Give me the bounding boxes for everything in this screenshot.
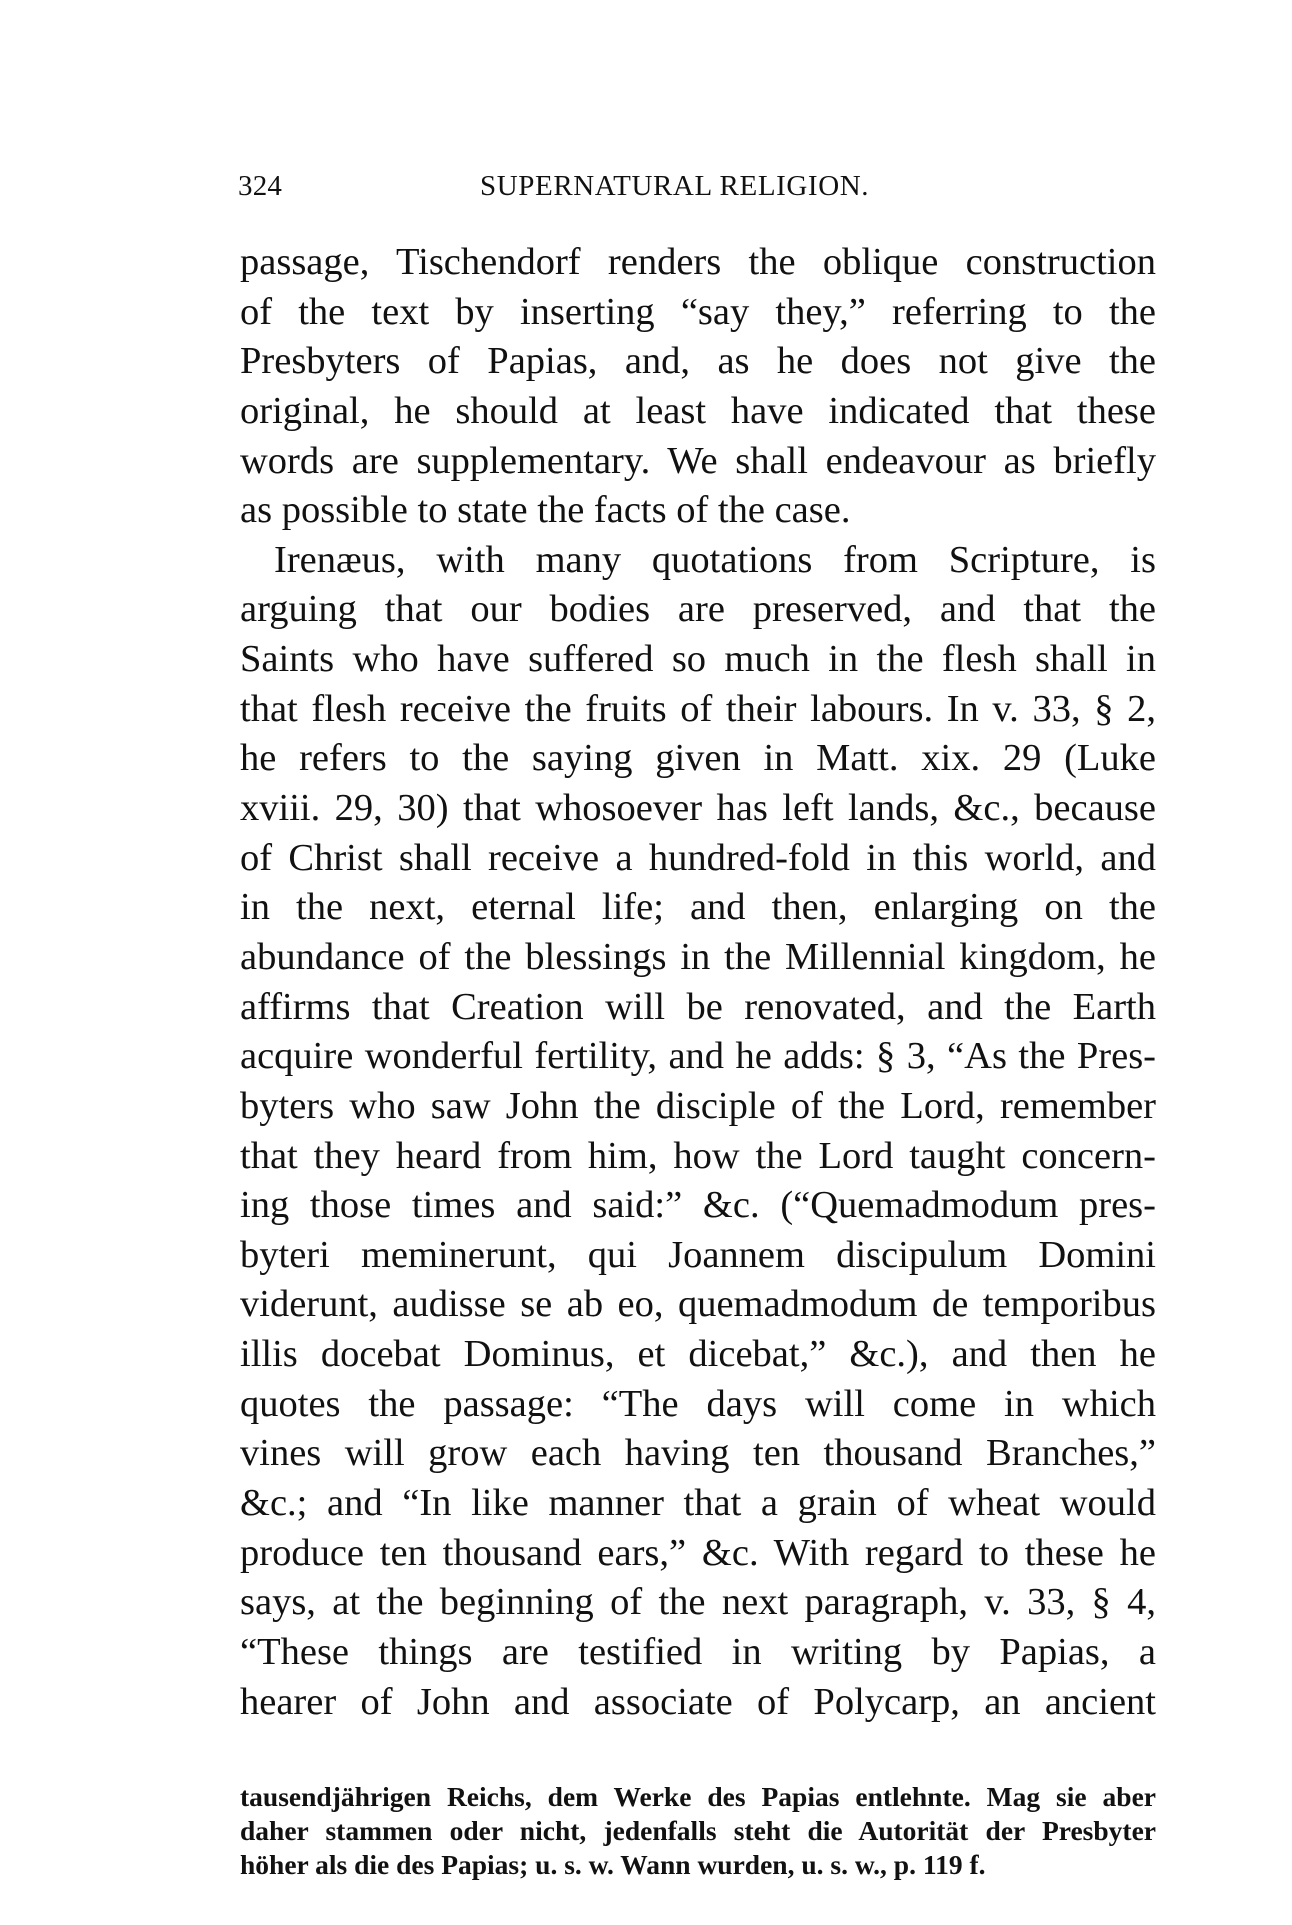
text-line: viderunt, audisse se ab eo, quemadmodum …	[240, 1280, 1156, 1330]
text-line: xviii. 29, 30) that whosoever has left l…	[240, 784, 1156, 834]
text-line: produce ten thousand ears,” &c. With reg…	[240, 1529, 1156, 1579]
text-line: Saints who have suffered so much in the …	[240, 635, 1156, 685]
text-line: vines will grow each having ten thousand…	[240, 1429, 1156, 1479]
text-line: Presbyters of Papias, and, as he does no…	[240, 337, 1156, 387]
running-title: SUPERNATURAL RELIGION.	[480, 168, 869, 204]
footnote-line: höher als die des Papias; u. s. w. Wann …	[240, 1848, 1156, 1882]
footnote-line: daher stammen oder nicht, jedenfalls ste…	[240, 1814, 1156, 1848]
text-line: ing those times and said:” &c. (“Quemadm…	[240, 1181, 1156, 1231]
page-number: 324	[238, 168, 282, 204]
text-line: in the next, eternal life; and then, enl…	[240, 883, 1156, 933]
book-page: 324 SUPERNATURAL RELIGION. passage, Tisc…	[0, 0, 1292, 1925]
text-line: of the text by inserting “say they,” ref…	[240, 288, 1156, 338]
text-line: acquire wonderful fertility, and he adds…	[240, 1032, 1156, 1082]
footnote: tausendjährigen Reichs, dem Werke des Pa…	[240, 1780, 1156, 1882]
text-line: quotes the passage: “The days will come …	[240, 1380, 1156, 1430]
text-line: byteri meminerunt, qui Joannem discipulu…	[240, 1231, 1156, 1281]
footnote-line: tausendjährigen Reichs, dem Werke des Pa…	[240, 1780, 1156, 1814]
text-line: passage, Tischendorf renders the oblique…	[240, 238, 1156, 288]
text-line: arguing that our bodies are preserved, a…	[240, 585, 1156, 635]
text-line: of Christ shall receive a hundred-fold i…	[240, 834, 1156, 884]
running-head: 324 SUPERNATURAL RELIGION.	[238, 168, 1155, 204]
text-line: he refers to the saying given in Matt. x…	[240, 734, 1156, 784]
text-line: affirms that Creation will be renovated,…	[240, 983, 1156, 1033]
text-line: illis docebat Dominus, et dicebat,” &c.)…	[240, 1330, 1156, 1380]
main-text: passage, Tischendorf renders the oblique…	[240, 238, 1156, 1727]
text-line: that flesh receive the fruits of their l…	[240, 685, 1156, 735]
text-line: says, at the beginning of the next parag…	[240, 1578, 1156, 1628]
text-line: words are supplementary. We shall endeav…	[240, 437, 1156, 487]
text-line: abundance of the blessings in the Millen…	[240, 933, 1156, 983]
text-line: as possible to state the facts of the ca…	[240, 486, 1156, 536]
text-line: &c.; and “In like manner that a grain of…	[240, 1479, 1156, 1529]
text-line: that they heard from him, how the Lord t…	[240, 1132, 1156, 1182]
text-line: byters who saw John the disciple of the …	[240, 1082, 1156, 1132]
text-line: “These things are testified in writing b…	[240, 1628, 1156, 1678]
text-line: original, he should at least have indica…	[240, 387, 1156, 437]
paragraph-start-line: Irenæus, with many quotations from Scrip…	[240, 536, 1156, 586]
text-line: hearer of John and associate of Polycarp…	[240, 1678, 1156, 1728]
